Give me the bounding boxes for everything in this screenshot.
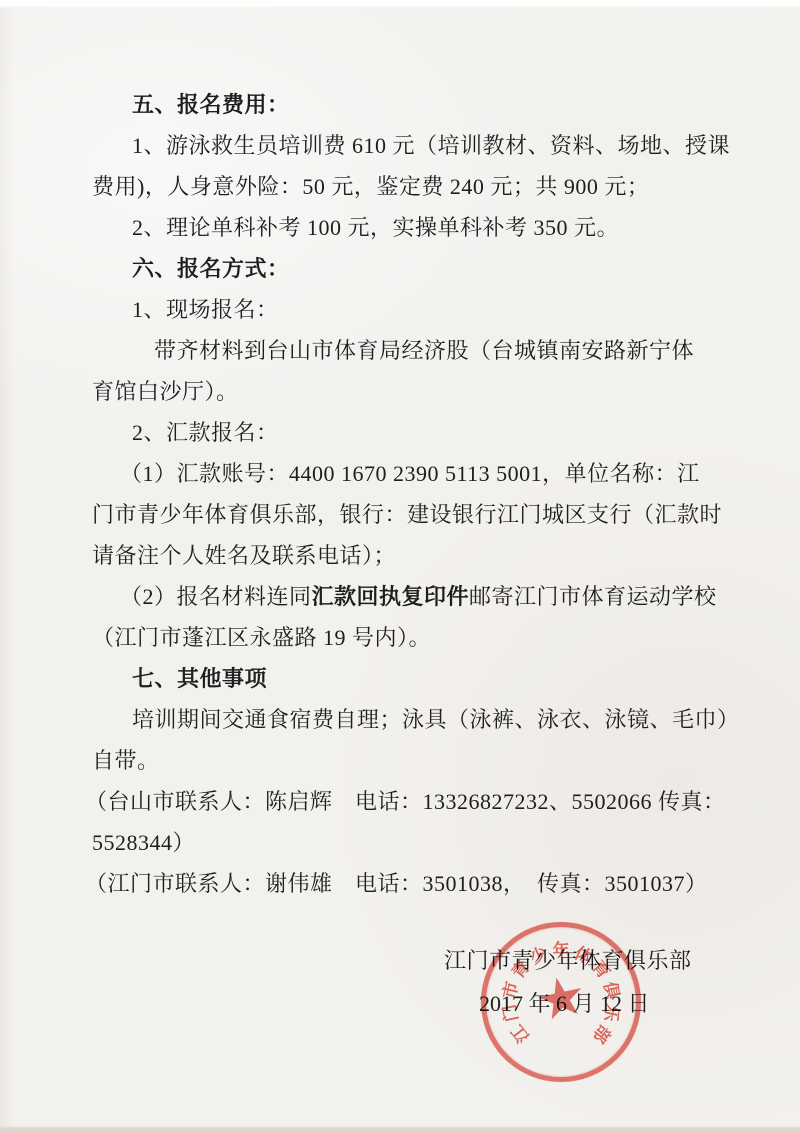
text-run: （江门市蓬江区永盛路 19 号内）。 bbox=[92, 625, 431, 650]
seal-arc-char: 部 bbox=[588, 1021, 618, 1050]
text-run: 1、现场报名： bbox=[132, 297, 279, 322]
text-run: 费用)，人身意外险：50 元，鉴定费 240 元；共 900 元； bbox=[92, 174, 649, 199]
scanned-page: 五、报名费用：1、游泳救生员培训费 610 元（培训教材、资料、场地、授课费用)… bbox=[0, 0, 800, 1131]
text-run: 自带。 bbox=[92, 748, 160, 773]
document-line: 带齐材料到台山市体育局经济股（台城镇南安路新宁体 bbox=[154, 330, 740, 371]
document-body: 五、报名费用：1、游泳救生员培训费 610 元（培训教材、资料、场地、授课费用)… bbox=[92, 84, 740, 904]
text-run: 七、其他事项 bbox=[132, 666, 267, 691]
document-line: 育馆白沙厅）。 bbox=[92, 371, 740, 412]
document-line: 1、游泳救生员培训费 610 元（培训教材、资料、场地、授课 bbox=[132, 125, 740, 166]
text-run: 六、报名方式： bbox=[132, 256, 290, 281]
text-run: 带齐材料到台山市体育局经济股（台城镇南安路新宁体 bbox=[154, 338, 694, 363]
text-run: （2）报名材料连同 bbox=[120, 584, 312, 609]
signature-org: 江门市青少年体育俱乐部 bbox=[444, 946, 692, 976]
signature-date: 2017 年 6 月 12 日 bbox=[479, 989, 650, 1019]
text-run: 2、理论单科补考 100 元，实操单科补考 350 元。 bbox=[132, 215, 619, 240]
document-line: 培训期间交通食宿费自理；泳具（泳裤、泳衣、泳镜、毛巾） bbox=[132, 699, 740, 740]
text-run: 培训期间交通食宿费自理；泳具（泳裤、泳衣、泳镜、毛巾） bbox=[132, 707, 740, 732]
text-run: 门市青少年体育俱乐部，银行：建设银行江门城区支行（汇款时 bbox=[92, 502, 722, 527]
document-line: （台山市联系人：陈启辉 电话：13326827232、5502066 传真： bbox=[85, 781, 740, 822]
document-line: 六、报名方式： bbox=[132, 248, 740, 289]
document-line: 2、理论单科补考 100 元，实操单科补考 350 元。 bbox=[132, 207, 740, 248]
text-run: 请备注个人姓名及联系电话）； bbox=[92, 543, 396, 568]
document-line: 1、现场报名： bbox=[132, 289, 740, 330]
document-line: （江门市联系人：谢伟雄 电话：3501038， 传真：3501037） bbox=[85, 863, 740, 904]
document-line: （1）汇款账号：4400 1670 2390 5113 5001，单位名称：江 bbox=[120, 453, 740, 494]
document-line: 请备注个人姓名及联系电话）； bbox=[92, 535, 740, 576]
text-run: （江门市联系人：谢伟雄 电话：3501038， 传真：3501037） bbox=[85, 871, 708, 896]
document-line: 费用)，人身意外险：50 元，鉴定费 240 元；共 900 元； bbox=[92, 166, 740, 207]
text-run: 汇款回执复印件 bbox=[312, 584, 470, 609]
text-run: 5528344） bbox=[92, 830, 195, 855]
text-run: 五、报名费用： bbox=[132, 92, 290, 117]
document-line: 门市青少年体育俱乐部，银行：建设银行江门城区支行（汇款时 bbox=[92, 494, 740, 535]
text-run: 邮寄江门市体育运动学校 bbox=[469, 584, 717, 609]
document-line: 七、其他事项 bbox=[132, 658, 740, 699]
text-run: （台山市联系人：陈启辉 电话：13326827232、5502066 传真： bbox=[85, 789, 726, 814]
document-line: 五、报名费用： bbox=[132, 84, 740, 125]
document-line: 自带。 bbox=[92, 740, 740, 781]
text-run: 1、游泳救生员培训费 610 元（培训教材、资料、场地、授课 bbox=[132, 133, 730, 158]
text-run: 2、汇款报名： bbox=[132, 420, 279, 445]
document-line: （2）报名材料连同汇款回执复印件邮寄江门市体育运动学校 bbox=[120, 576, 740, 617]
seal-arc-char: 江 bbox=[504, 1021, 534, 1050]
document-line: （江门市蓬江区永盛路 19 号内）。 bbox=[92, 617, 740, 658]
document-line: 2、汇款报名： bbox=[132, 412, 740, 453]
text-run: 育馆白沙厅）。 bbox=[92, 379, 239, 404]
document-line: 5528344） bbox=[92, 822, 740, 863]
text-run: （1）汇款账号：4400 1670 2390 5113 5001，单位名称：江 bbox=[120, 461, 700, 486]
